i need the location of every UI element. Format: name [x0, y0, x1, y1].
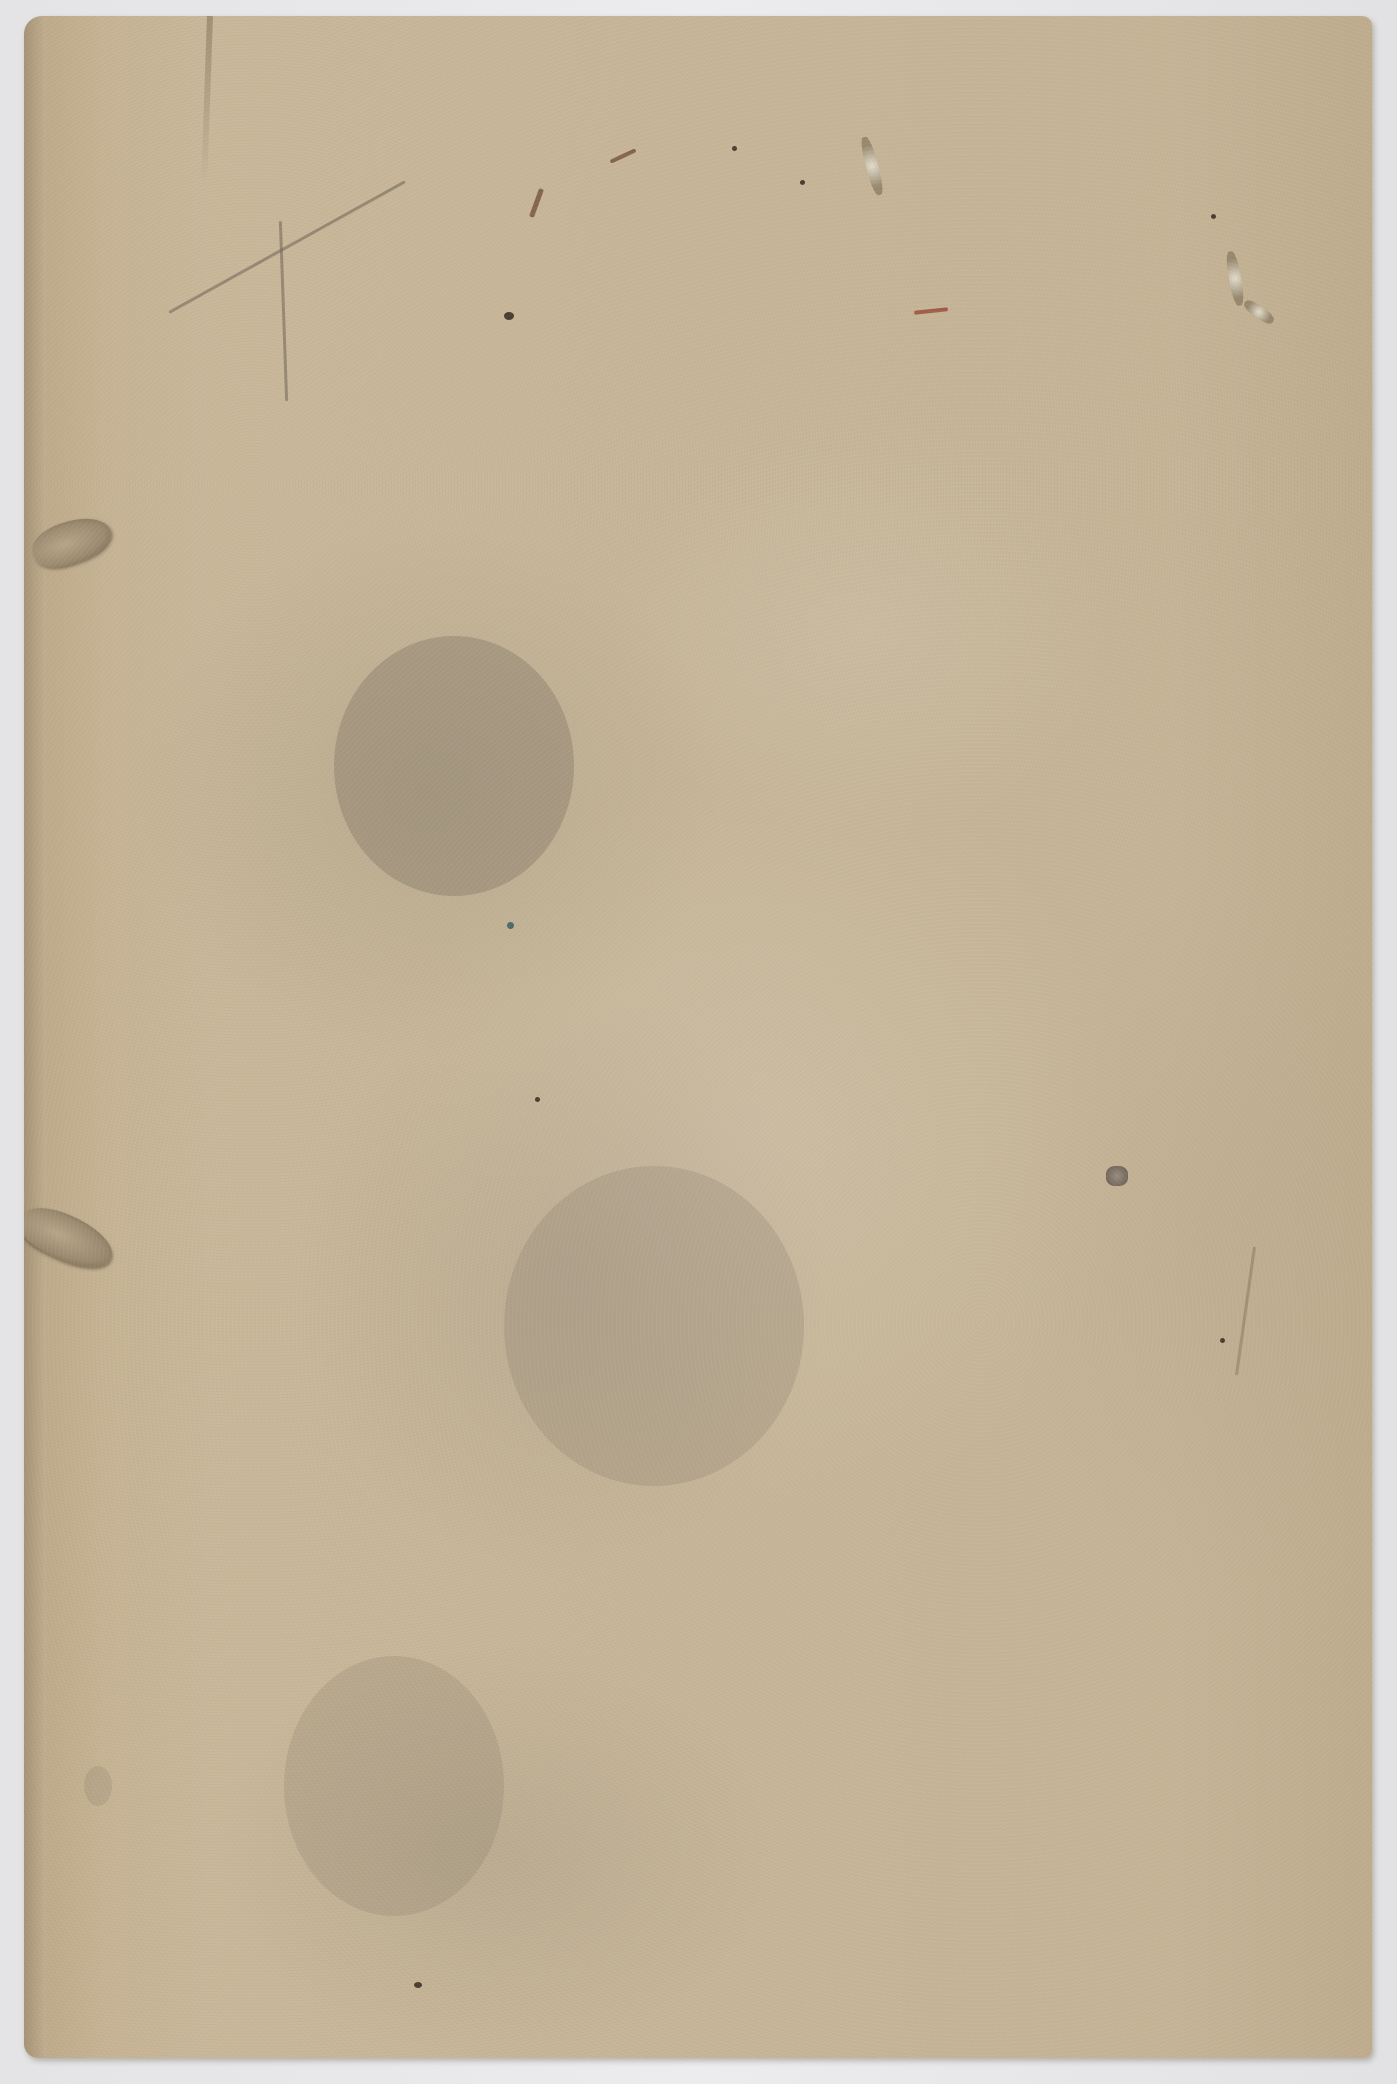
fold-crease	[201, 16, 213, 186]
speck	[1220, 1338, 1225, 1343]
speck	[800, 180, 805, 185]
worm-hole-trail	[858, 135, 885, 196]
paper-fiber	[609, 148, 636, 163]
age-stain	[334, 636, 574, 896]
age-stain	[84, 1766, 112, 1806]
speck	[732, 146, 737, 151]
speck	[1211, 214, 1216, 219]
speck	[507, 922, 514, 929]
spine-fold	[24, 16, 46, 2058]
worm-hole-trail	[1224, 250, 1245, 306]
book-cover	[24, 16, 1372, 2058]
age-stain	[284, 1656, 504, 1916]
paper-fiber	[529, 188, 544, 218]
speck	[535, 1097, 540, 1102]
age-stain	[504, 1166, 804, 1486]
paper-fiber	[914, 307, 948, 315]
speck	[504, 312, 514, 320]
speck	[414, 1982, 422, 1988]
small-hole	[1106, 1166, 1128, 1186]
paper-crease	[1235, 1246, 1256, 1375]
pencil-mark-stroke	[168, 180, 406, 314]
worm-hole-trail	[1242, 297, 1277, 326]
